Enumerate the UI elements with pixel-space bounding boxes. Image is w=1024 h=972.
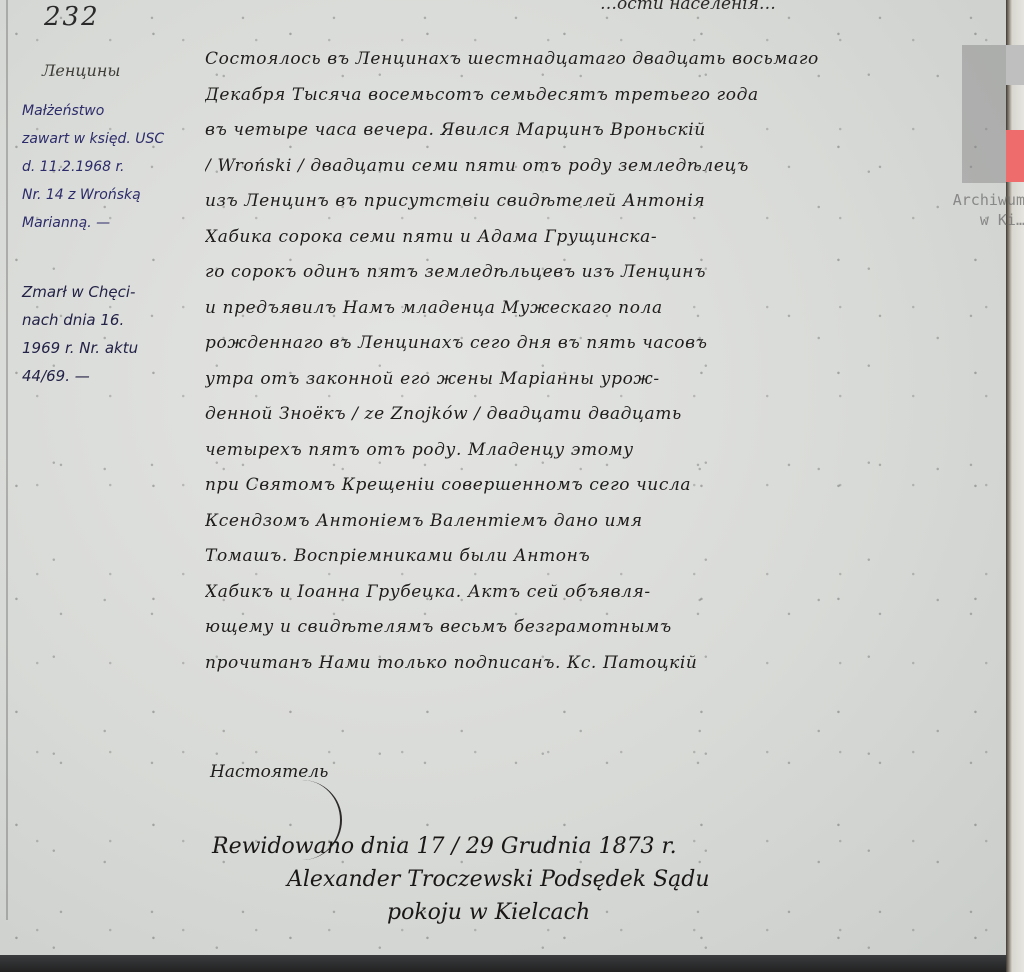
body-line: Хабикъ и Іоанна Грубецка. Актъ сей объяв…	[205, 575, 995, 611]
record-body: Состоялось въ Ленцинахъ шестнадцатаго дв…	[205, 42, 995, 681]
body-line: и предъявилъ Намъ младенца Мужескаго пол…	[205, 291, 995, 327]
body-line: четырехъ пятъ отъ роду. Младенцу этому	[205, 433, 995, 469]
body-line: рожденнаго въ Ленцинахъ сего дня въ пять…	[205, 326, 995, 362]
body-line: утра отъ законной его жены Маріанны урож…	[205, 362, 995, 398]
document-page: 232 …ости населенія… Ленцины Małżeństwo …	[0, 0, 1006, 960]
archive-watermark-logo	[962, 45, 1006, 183]
cut-off-text: …ости населенія…	[600, 0, 776, 14]
body-line: ющему и свидѣтелямъ весьмъ безграмотнымъ	[205, 610, 995, 646]
archive-watermark-text: Archiwum w Ki…	[925, 190, 1024, 230]
margin-death-annotation: Zmarł w Chęci- nach dnia 16. 1969 r. Nr.…	[22, 278, 138, 390]
body-line: / Wroński / двадцати семи пяти отъ роду …	[205, 149, 995, 185]
watermark-flag-red	[1006, 130, 1024, 182]
body-line: денной Зноёкъ / ze Znojków / двадцати дв…	[205, 397, 995, 433]
page-fold	[6, 0, 8, 920]
signature-title: Настоятель	[210, 762, 328, 782]
page-bottom-edge	[0, 955, 1006, 972]
body-line: Декабря Тысяча восемьсотъ семьдесятъ тре…	[205, 78, 995, 114]
body-line: Ксендзомъ Антоніемъ Валентіемъ дано имя	[205, 504, 995, 540]
revision-line: Alexander Troczewski Podsędek Sądu	[212, 863, 710, 896]
margin-place-name: Ленцины	[42, 56, 120, 86]
revision-line: Rewidowano dnia 17 / 29 Grudnia 1873 r.	[212, 830, 710, 863]
body-line: при Святомъ Крещеніи совершенномъ сего ч…	[205, 468, 995, 504]
revision-line: pokoju w Kielcach	[212, 896, 710, 929]
margin-marriage-annotation: Małżeństwo zawart w księd. USC d. 11.2.1…	[22, 97, 164, 237]
watermark-line: w Ki…	[925, 210, 1024, 230]
body-line: изъ Ленцинъ въ присутствіи свидѣтелей Ан…	[205, 184, 995, 220]
body-line: Хабика сорока семи пяти и Адама Грущинск…	[205, 220, 995, 256]
watermark-line: Archiwum	[925, 190, 1024, 210]
body-line: Состоялось въ Ленцинахъ шестнадцатаго дв…	[205, 42, 995, 78]
revision-note: Rewidowano dnia 17 / 29 Grudnia 1873 r. …	[212, 830, 710, 929]
body-line: го сорокъ одинъ пятъ земледѣльцевъ изъ Л…	[205, 255, 995, 291]
body-line: Томашъ. Воспріемниками были Антонъ	[205, 539, 995, 575]
body-line: прочитанъ Нами только подписанъ. Кс. Пат…	[205, 646, 995, 682]
watermark-flag-white	[1006, 45, 1024, 85]
body-line: въ четыре часа вечера. Явился Марцинъ Вр…	[205, 113, 995, 149]
page-number: 232	[44, 2, 100, 32]
